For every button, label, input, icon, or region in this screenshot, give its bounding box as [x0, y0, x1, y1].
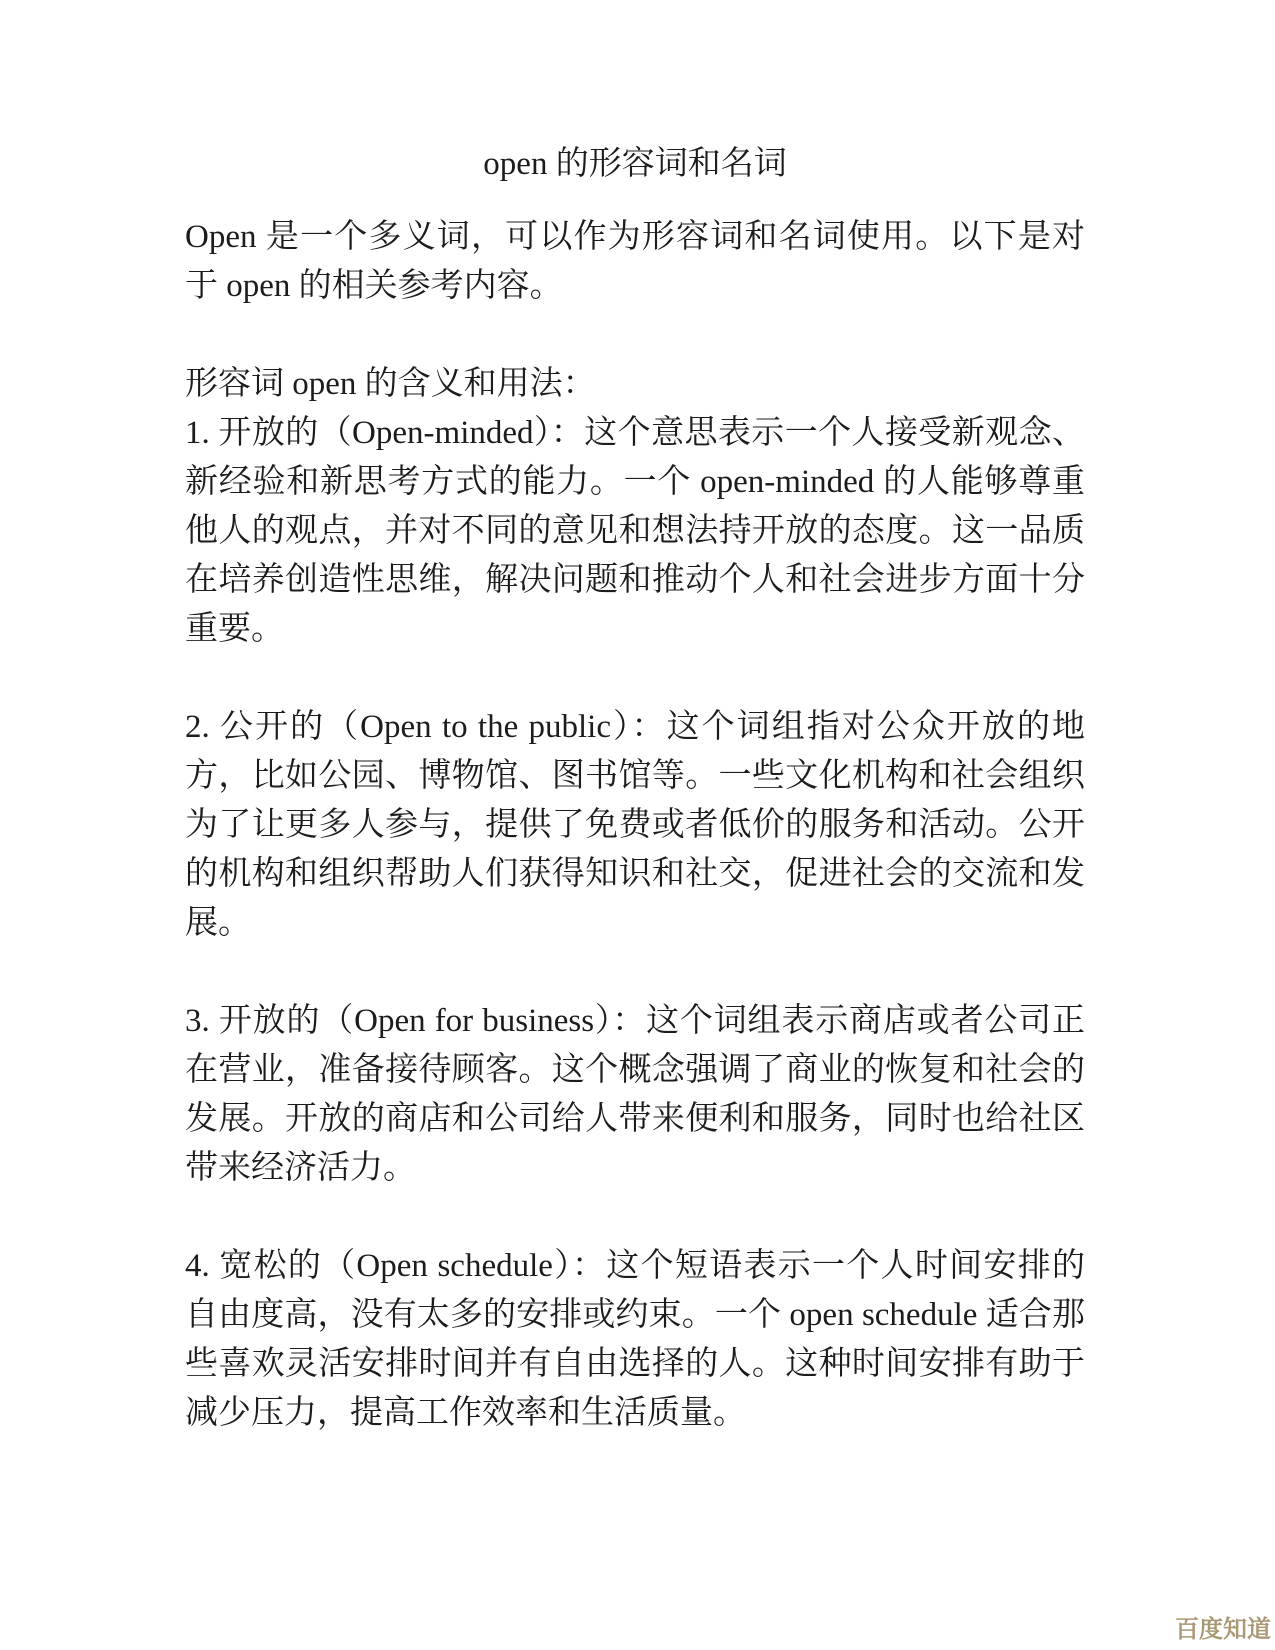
document-page: open 的形容词和名词 Open 是一个多义词，可以作为形容词和名词使用。以下…: [0, 0, 1275, 1650]
section-heading: 形容词 open 的含义和用法：: [185, 360, 1085, 409]
definition-item-1: 1. 开放的（Open-minded）：这个意思表示一个人接受新观念、新经验和新…: [185, 409, 1085, 654]
definition-item-2: 2. 公开的（Open to the public）：这个词组指对公众开放的地方…: [185, 703, 1085, 948]
document-content: open 的形容词和名词 Open 是一个多义词，可以作为形容词和名词使用。以下…: [185, 140, 1085, 1438]
intro-paragraph: Open 是一个多义词，可以作为形容词和名词使用。以下是对于 open 的相关参…: [185, 213, 1085, 311]
definition-item-3: 3. 开放的（Open for business）：这个词组表示商店或者公司正在…: [185, 997, 1085, 1193]
page-title: open 的形容词和名词: [185, 140, 1085, 189]
baidu-zhidao-watermark: 百度知道: [1175, 1618, 1271, 1642]
definition-item-4: 4. 宽松的（Open schedule）：这个短语表示一个人时间安排的自由度高…: [185, 1242, 1085, 1438]
